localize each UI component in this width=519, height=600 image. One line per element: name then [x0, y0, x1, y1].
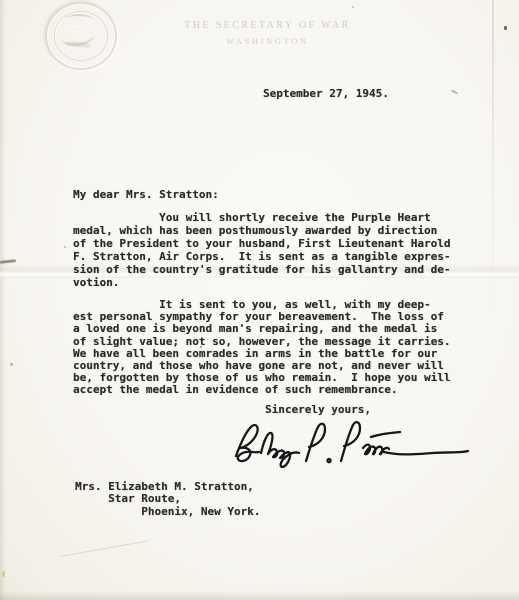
paper-speck: [64, 246, 66, 248]
salutation: My dear Mrs. Stratton:: [73, 188, 219, 201]
body-paragraph-1: You will shortly receive the Purple Hear…: [73, 211, 451, 289]
body-paragraph-2: It is sent to you, as well, with my deep…: [73, 299, 451, 397]
paper-speck: [10, 363, 13, 366]
letterhead-office: THE SECRETARY OF WAR: [160, 20, 375, 31]
recipient-address: Mrs. Elizabeth M. Stratton, Star Route, …: [75, 481, 260, 518]
paper-speck: [352, 6, 354, 8]
signature-robert-p-patterson: [228, 414, 476, 474]
paper-crease-diagonal: [61, 540, 150, 557]
paper-speck: [504, 26, 507, 30]
paper-edge-shadow-left: [0, 0, 6, 600]
letterhead-city: WASHINGTON: [160, 36, 375, 46]
seal-emblem-arc: [65, 14, 93, 26]
date-line: September 27, 1945.: [263, 87, 389, 100]
letterhead: THE SECRETARY OF WAR WASHINGTON: [160, 20, 375, 46]
paper-speck: [451, 89, 458, 94]
embossed-seal-icon: [45, 2, 117, 70]
paper-edge-shadow-bottom: [0, 591, 519, 600]
paper-speck: [2, 571, 5, 577]
scanned-letter: THE SECRETARY OF WAR WASHINGTON Septembe…: [0, 0, 519, 600]
